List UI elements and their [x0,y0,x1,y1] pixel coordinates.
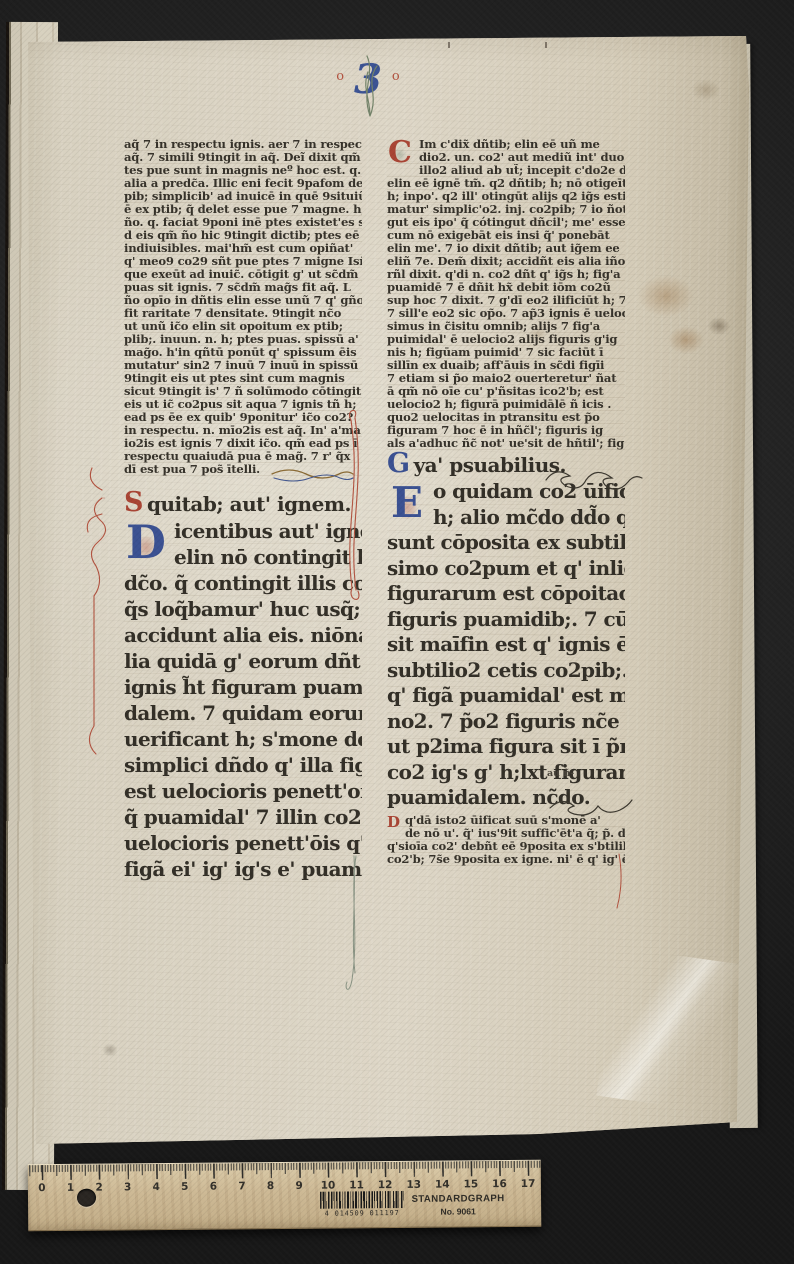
right-gloss-bottom-text: q'dā isto2 ūificat suū s'monē a'de nō u'… [387,814,625,866]
folio-digit: 3 [354,56,382,103]
ruler-number: 14 [435,1179,449,1191]
text-line: plib;. inuun. n. h; ptes puas. spissū a' [124,333,362,346]
ruler-number: 4 [149,1181,163,1193]
text-line: q̃ puamidal' 7 illin co2 ē [124,804,362,830]
text-line: puamidē 7 ē dñit hx̃ debit iōm co2ũ [387,281,625,294]
left-gloss-text: aq̃ 7 in respectu ignis. aer 7 in respec… [124,138,362,476]
text-line: que exeūt ad inuic̃. cōtigit g' ut sc̃dm… [124,268,362,281]
ruler-brand-block: STANDARDGRAPH No. 9061 [408,1193,508,1217]
rubric-initial: S [124,492,143,514]
text-line: dio2. un. co2' aut mediũ int' duo [419,151,625,164]
text-line: est uelocioris penett'onis [124,778,362,804]
text-line: aq̃. 7 simili 9tingit in aq̃. Deĩ dixit … [124,151,362,164]
text-line: q̃s loq̃bamur' huc usq̃;. h; [124,596,362,622]
text-line: ño opīo in dñtis elin esse unũ 7 q' gño [124,294,362,307]
right-column: C Im c'dix̃ dñtib; elin eē uñ medio2. un… [387,138,625,866]
text-line: simplici dñdo q' illa figã [124,752,362,778]
text-line: d eis qm̃ ño hic 9tingit dictib; ptes eē [124,229,362,242]
text-line: 9tingit eis ut ptes sint cum magnis [124,372,362,385]
text-line: ut unũ ic̃o elin sit opoitum ex ptib; [124,320,362,333]
text-line: mutatur' sin2 7 inuū 7 inuū in spissū [124,359,362,372]
text-line: gut eis ipo' q̃ cótingut dñcil'; me' ess… [387,216,625,229]
text-line: h; alio mc̃do dd̃o q' oīa co2 [433,505,625,531]
text-line: ead ps ēe ex quib' 9ponitur' ic̃o co2? [124,411,362,424]
text-line: 7 etiam si p̃o maio2 ouerteretur' ñat [387,372,625,385]
text-line: uerificant h; s'mone detti [124,726,362,752]
measurement-ruler: 01234567891011121314151617 4 014509 0111… [28,1160,542,1231]
pricking-mark [545,42,547,48]
text-line: rñl dixit. q'di n. co2 dñt q' ig̃s h; fi… [387,268,625,281]
ruler-number: 10 [321,1180,335,1192]
right-gloss-text: Im c'dix̃ dñtib; elin eē uñ medio2. un. … [387,138,625,450]
text-line: ē ex ptib; q̃ delet esse pue 7 magne. h; [124,203,362,216]
text-line: accidunt alia eis. niōnabi [124,622,362,648]
text-line: de nō u'. q̃' ius'9it suffic'ēt'a q̃; p̃… [405,827,625,840]
text-line: 7 sill'e eo2 sic op̃o. 7 ap̃3 ignis ē ue… [387,307,625,320]
text-line: elin nō contingit hec cont' [174,544,362,570]
text-line: sillīn ex duaib; aff'āuis in sc̃di figīi [387,359,625,372]
ruler-number: 6 [206,1181,220,1193]
barcode-digits: 4 014509 011197 [320,1209,404,1218]
text-line: nis h; figūam puimid' 7 sic faciūt ī [387,346,625,359]
manuscript-page: o 3 o aq̃ 7 in respectu ignis. aer 7 in … [18,28,752,1150]
ruler-brand: STANDARDGRAPH [408,1193,508,1205]
text-line: puimidal' ē uelocio2 alijs figuris g'ig [387,333,625,346]
text-line: dalem. 7 quidam eorum [124,700,362,726]
ruler-number: 8 [263,1180,277,1192]
ruler-model-number: No. 9061 [408,1206,508,1217]
ruler-number: 0 [35,1182,49,1194]
text-line: q' meo9 co29 sñt pue ptes 7 migne Isñt [124,255,362,268]
text-line: illo2 aliud ab ut̃; incepit c'do2e dñtil… [419,164,625,177]
text-line: sit maīfin est q' ignis ē [387,632,625,658]
text-line: simo co2pum et q' inlio2 [387,556,625,582]
text-line: o quidam co2 ūificāt [433,479,625,505]
ruler-number: 7 [235,1180,249,1192]
text-line: puas sit ignis. 7 sc̃dm̃ mag̃s fit aq̃. … [124,281,362,294]
text-line: q'sioīa co2' debñt eē 9posita ex s'btili… [387,840,625,853]
text-line: sup hoc 7 dixit. 7 g'dī eo2 ilificiūt h;… [387,294,625,307]
red-dot-ornament: o [392,69,400,84]
text-line: matur' simplic'o2. inj. co2pib; 7 io ñot… [387,203,625,216]
left-column: aq̃ 7 in respectu ignis. aer 7 in respec… [124,138,362,882]
text-line: puamidalem. nc̃do. [387,785,625,811]
text-line: in respectu. n. mīo2is est aq̃. In' a'ma [124,424,362,437]
text-line: dc̃o. q̃ contingit illis cont' [124,570,362,596]
ruler-number: 15 [464,1178,478,1190]
text-line: ut p2ima figura sit ī p̃mo [387,734,625,760]
text-line: uelocioris penett'ōis q' ig' [124,830,362,856]
text-line: figuris puamidib;. 7 cū ī [387,607,625,633]
left-rubric-heading: S quitab; aut' ignem. [124,492,362,516]
text-line: figurarum est cōpoitac' [387,581,625,607]
text-line: co2'b; 7s̃e 9posita ex igne. ni' ē q' ig… [387,853,625,866]
barcode-bars [320,1191,404,1209]
rubric-text: ya' psuabilius. [414,453,566,477]
ruler-number: 9 [292,1180,306,1192]
text-line: sunt cōposita ex subtilis [387,530,625,556]
ruler-number: 1 [63,1182,77,1194]
rubric-text: quitab; aut' ignem. [147,492,351,516]
decorated-initial-e: E [387,481,427,529]
text-line: sicut 9tingit is' 7 ñ solūmodo cōtingit [124,385,362,398]
left-body-text: icentibus aut' ignē eēelin nō contingit … [124,518,362,882]
text-line: als a'adhuc ñc̃ not' ue'sit de hñtil'; f… [387,437,625,450]
small-initial-d: D [387,816,399,829]
barcode: 4 014509 011197 [320,1191,404,1218]
ruler-hanging-hole [77,1189,96,1207]
text-line: io2is est ignis 7 dixit ic̃o. qm̃ ead ps… [124,437,362,450]
text-line: elin eē ignē tm̃. q2 dñtib; h; nō otigeī… [387,177,625,190]
text-line: lia quidā g' eorum dñt q. [124,648,362,674]
ruler-number: 16 [492,1178,506,1190]
text-line: tes pue sunt in magnis neº hoc est. q. t… [124,164,362,177]
text-line: h; inpo'. q2 ill' otingūt alijs q2 ig̃s … [387,190,625,203]
decorated-initial-d: D [124,520,168,570]
ruler-number: 12 [378,1179,392,1191]
text-line: aq̃ 7 in respectu ignis. aer 7 in respec… [124,138,362,151]
text-line: eliñ 7e. Dem̃ dixit; accidñt eis alia iñ… [387,255,625,268]
ruler-number: 11 [349,1179,363,1191]
text-line: Im c'dix̃ dñtib; elin eē uñ me [419,138,625,151]
parchment-crease [596,947,756,1115]
red-left-margin-flourish [87,468,105,754]
text-line: mag̃o. h'in qñtū ponūt q' spissum ēis [124,346,362,359]
left-body-block: D icentibus aut' ignē eēelin nō contingi… [124,518,362,882]
text-line: respectu quaiudā pua ē mag̃. 7 r' q̃x [124,450,362,463]
text-line: eis ut ic̃ co2pus sit aqua 7 ignis tñ h; [124,398,362,411]
right-gloss-block: C Im c'dix̃ dñtib; elin eē uñ medio2. un… [387,138,625,450]
ruler-cm-ticks [28,1161,541,1180]
ruler-scale-numbers: 01234567891011121314151617 [35,1178,535,1194]
text-line: alia a predc̃a. Illic eni fecit 9pafom d… [124,177,362,190]
text-line: indiuisibles. mai'hm̃ est cum opiñat' [124,242,362,255]
text-line: no2. 7 p̃o2 figuris nc̃e est [387,709,625,735]
text-line: cum nō exigebāt eis insi q̃' ponebāt [387,229,625,242]
right-body-block: E o quidam co2 ūificāth; alio mc̃do dd̃o… [387,479,625,811]
text-line: ño. q. faciat 9poni inē ptes existet'es … [124,216,362,229]
ruler-number: 17 [521,1178,535,1190]
text-line: quo2 uelocitas in ptransitu est p̃o [387,411,625,424]
ruler-number: 13 [406,1179,420,1191]
right-gloss-bottom-block: D q'dā isto2 ūificat suū s'monē a'de nō … [387,814,625,866]
text-line: simus in c̃isitu omnib; alijs 7 fig'a [387,320,625,333]
right-rubric-heading: G ya' psuabilius. [387,453,625,477]
red-dot-ornament: o [336,69,344,84]
text-line: ignis h̃t figuram puami [124,674,362,700]
text-line: q'dā isto2 ūificat suū s'monē a' [405,814,625,827]
text-line: dī est pua 7 pos̃ ītelli. [124,463,362,476]
text-line: ā qm̃ nō oīe cu' p'ñsitas ico2'b; est [387,385,625,398]
text-line: figuram 7 hoc ē in hñc̃l'; figuris ig [387,424,625,437]
text-line: subtilio2 cetis co2pib;. 7 [387,658,625,684]
photograph-stage: o 3 o aq̃ 7 in respectu ignis. aer 7 in … [0,0,794,1264]
text-line: figã ei' ig' ig's e' puamidal'. [124,856,362,882]
text-line: pib; simplicib' ad inuicē in quē 9situiũ [124,190,362,203]
ruler-number: 3 [121,1181,135,1193]
decorated-initial-c: C [387,140,413,167]
text-line: elin me'. 7 io dixit dñtib; aut ig̃em ee [387,242,625,255]
ruler-number: 5 [178,1181,192,1193]
pricking-mark [448,42,450,48]
rubric-initial: G [387,453,410,475]
text-line: uelocio2 h; figurā puimidālē ñ icis . [387,398,625,411]
text-line: fit raritate 7 densitate. 9tingit nc̃o [124,307,362,320]
text-line: icentibus aut' ignē eē [174,518,362,544]
text-line: q' figã puamidal' est mi [387,683,625,709]
folio-number: o 3 o [328,56,408,103]
